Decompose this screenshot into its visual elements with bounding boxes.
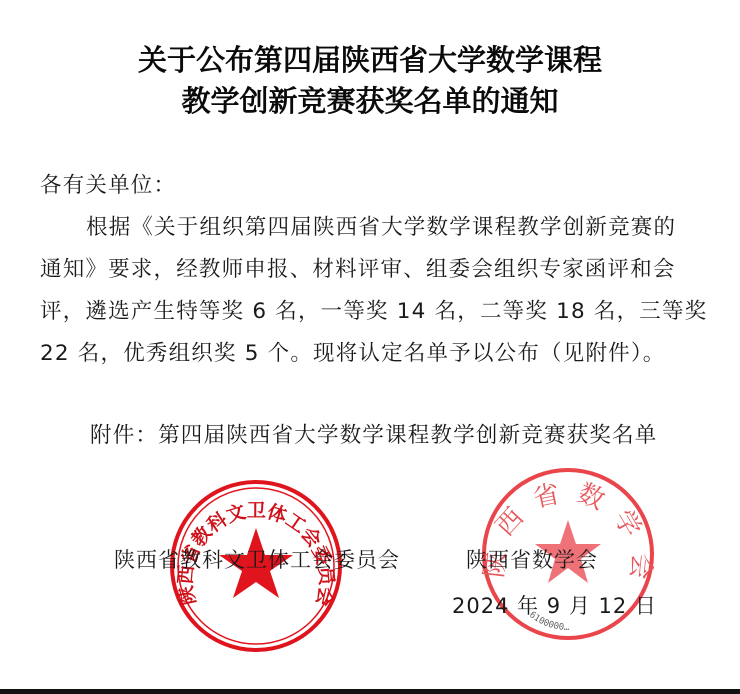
title-line-1: 关于公布第四届陕西省大学数学课程 bbox=[0, 38, 740, 79]
issuer-union: 陕西省教科文卫体工会委员会 bbox=[114, 544, 400, 574]
body-line-2: 通知》要求，经教师申报、材料评审、组委会组织专家函评和会 bbox=[40, 252, 676, 283]
title-line-2: 教学创新竞赛获奖名单的通知 bbox=[0, 79, 740, 120]
issuer-math-society: 陕西省数学会 bbox=[466, 544, 598, 574]
issue-date: 2024 年 9 月 12 日 bbox=[452, 590, 657, 620]
body-line-4: 22 名，优秀组织奖 5 个。现将认定名单予以公布（见附件）。 bbox=[40, 336, 666, 367]
salutation: 各有关单位： bbox=[40, 168, 176, 199]
bottom-border bbox=[0, 689, 740, 694]
body-line-1: 根据《关于组织第四届陕西省大学数学课程教学创新竞赛的 bbox=[86, 210, 676, 241]
body-line-3: 评，遴选产生特等奖 6 名，一等奖 14 名，二等奖 18 名，三等奖 bbox=[40, 294, 707, 325]
attachment-line: 附件：第四届陕西省大学数学课程教学创新竞赛获奖名单 bbox=[90, 418, 658, 449]
